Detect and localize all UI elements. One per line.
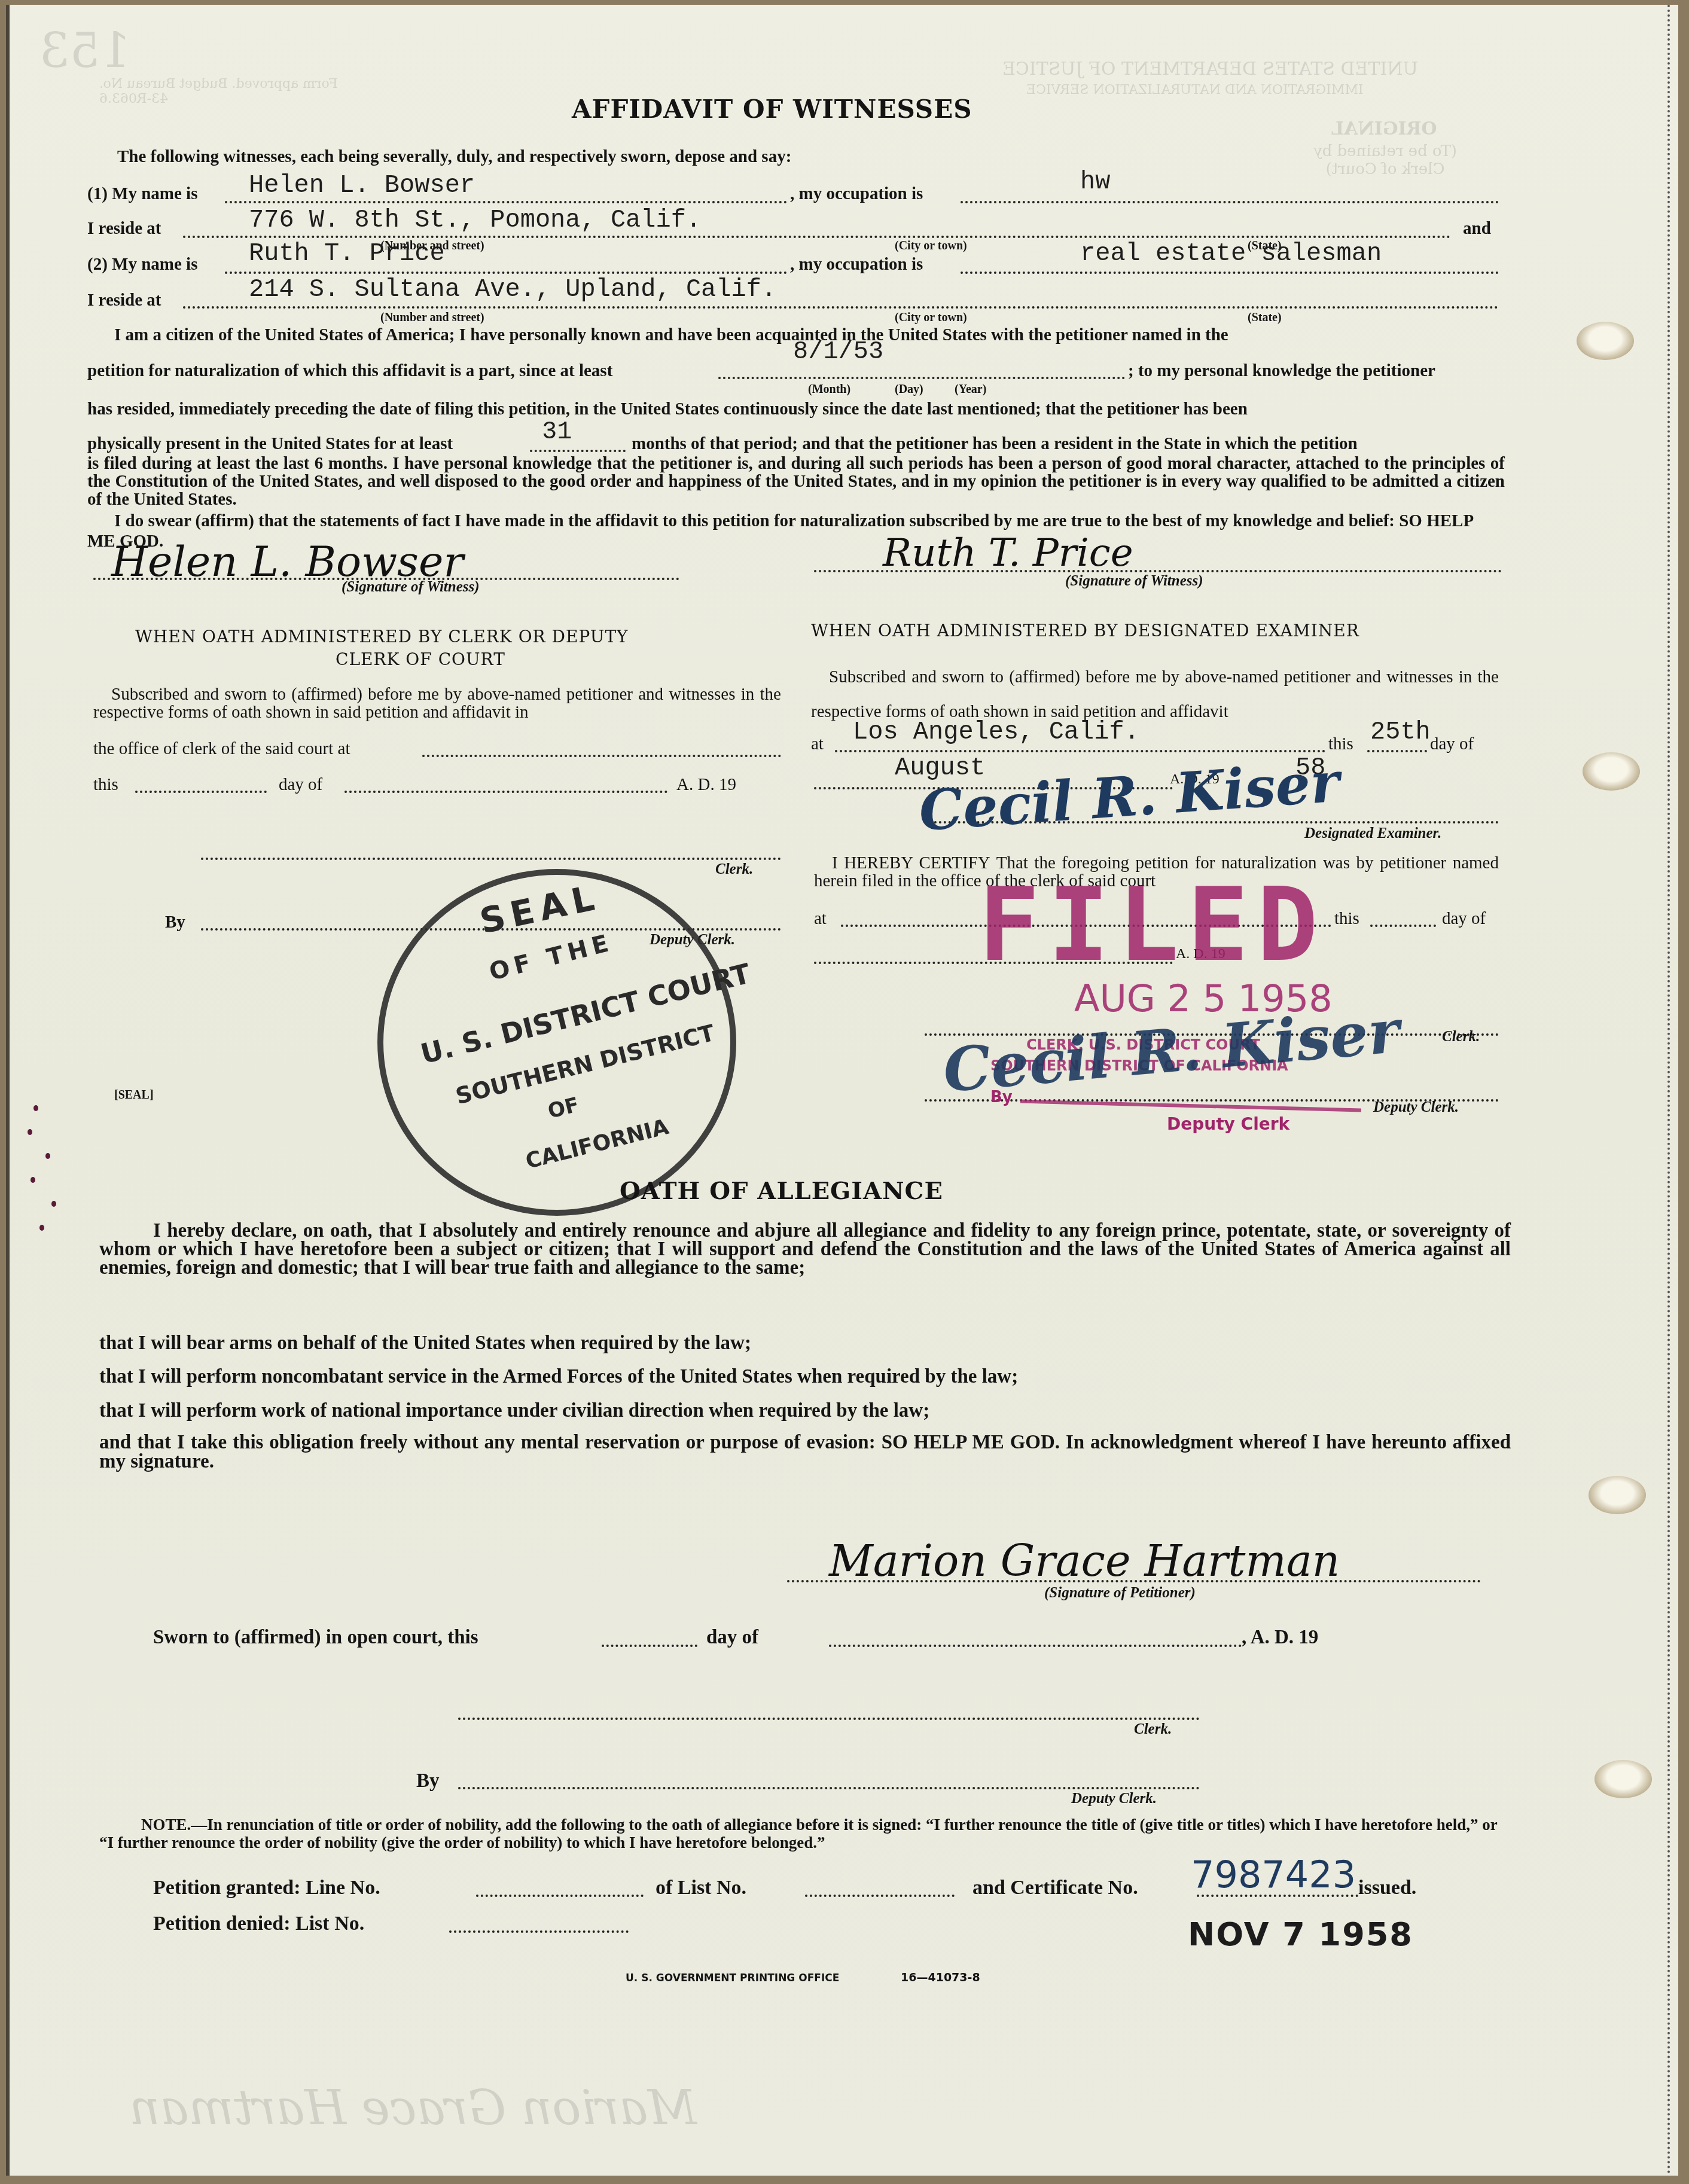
examiner-day-line [1367, 750, 1427, 752]
affidavit-intro: The following witnesses, each being seve… [117, 147, 791, 167]
witness1-address-value[interactable]: 776 W. 8th St., Pomona, Calif. [249, 206, 701, 234]
clerk-heading-2: CLERK OF COURT [336, 649, 505, 669]
signature-caption: (Signature of Witness) [342, 579, 480, 596]
months-value[interactable]: 31 [542, 417, 572, 446]
clerk-month-line[interactable] [344, 791, 667, 793]
witness2-occupation-line [961, 272, 1499, 274]
oath-deputy-line[interactable] [458, 1787, 1200, 1789]
granted-date-stamp: NOV 7 1958 [1188, 1915, 1413, 1953]
clerk-signature-line[interactable] [201, 858, 781, 860]
ink-speck [33, 1105, 38, 1111]
number-street-caption: (Number and street) [380, 311, 484, 325]
oath-line3: that I will perform noncombatant service… [99, 1366, 1018, 1388]
granted-label: Petition granted: Line No. [153, 1877, 380, 1899]
affidavit-title: AFFIDAVIT OF WITNESSES [572, 94, 972, 124]
certificate-label: and Certificate No. [972, 1877, 1138, 1899]
show-through-original: ORIGINAL [1331, 118, 1437, 139]
affidavit-para5: is filed during at least the last 6 mont… [87, 455, 1505, 508]
occupation-label: , my occupation is [790, 184, 923, 204]
and-label: and [1463, 219, 1491, 239]
clerk-day-of-label: day of [279, 775, 322, 795]
ink-speck [45, 1153, 50, 1159]
show-through-service: IMMIGRATION AND NATURALIZATION SERVICE [1026, 83, 1364, 97]
since-date-value[interactable]: 8/1/53 [793, 337, 883, 366]
city-caption: (City or town) [895, 311, 967, 325]
reside-label: I reside at [87, 219, 161, 239]
binder-hole [1589, 1476, 1646, 1514]
affidavit-para3: has resided, immediately preceding the d… [87, 399, 1505, 419]
filed-stamp: FILED [978, 866, 1327, 984]
witness2-signature: Ruth T. Price [883, 531, 1133, 575]
ink-speck [31, 1177, 35, 1183]
witness2-address-value[interactable]: 214 S. Sultana Ave., Upland, Calif. [249, 275, 776, 304]
witness1-name-label: (1) My name is [87, 184, 197, 204]
clerk-office-label: the office of clerk of the said court at [93, 739, 350, 759]
clerk-caption: Clerk. [715, 861, 753, 878]
perforation-edge [1667, 5, 1670, 2176]
examiner-place-line [835, 750, 1325, 752]
examiner-caption: Designated Examiner. [1304, 825, 1441, 842]
ink-speck [39, 1225, 44, 1231]
affidavit-para4a: physically present in the United States … [87, 434, 453, 454]
witness1-name-value[interactable]: Helen L. Bowser [249, 171, 475, 200]
state-caption: (State) [1248, 311, 1282, 325]
nobility-note: NOTE.—In renunciation of title or order … [99, 1816, 1511, 1851]
oath-line5: and that I take this obligation freely w… [99, 1433, 1511, 1471]
petitioner-signature: Marion Grace Hartman [829, 1536, 1340, 1586]
document-page: 153 Form approved. Budget Bureau No. 43-… [6, 5, 1678, 2176]
witness1-occupation-line [961, 201, 1499, 203]
certify-day-line[interactable] [1370, 925, 1436, 927]
year-caption: (Year) [955, 383, 986, 396]
show-through-signature: Marion Grace Hartman [129, 2080, 697, 2136]
certify-deputy-caption: Deputy Clerk. [1373, 1099, 1459, 1116]
witness1-name-line [225, 201, 787, 203]
oath-by-label: By [416, 1770, 440, 1792]
signature-caption: (Signature of Witness) [1065, 573, 1203, 590]
printer-imprint: U. S. GOVERNMENT PRINTING OFFICE [626, 1972, 839, 1984]
months-line [530, 450, 626, 452]
affidavit-para4b: months of that period; and that the peti… [632, 434, 1358, 454]
examiner-day-of-label: day of [1430, 734, 1474, 754]
sworn-label: Sworn to (affirmed) in open court, this [153, 1627, 478, 1649]
stamp-deputy: Deputy Clerk [1167, 1114, 1289, 1134]
oath-line4: that I will perform work of national imp… [99, 1400, 929, 1422]
oath-clerk-caption: Clerk. [1134, 1721, 1172, 1738]
ink-speck [51, 1201, 56, 1207]
clerk-by-label: By [165, 913, 185, 932]
city-caption: (City or town) [895, 239, 967, 253]
oath-para1: I hereby declare, on oath, that I absolu… [99, 1222, 1511, 1277]
examiner-at-label: at [811, 734, 824, 754]
denied-list-no[interactable] [449, 1930, 629, 1933]
denied-label: Petition denied: List No. [153, 1912, 364, 1935]
month-caption: (Month) [808, 383, 850, 396]
witness2-name-label: (2) My name is [87, 255, 197, 274]
witness2-name-value[interactable]: Ruth T. Price [249, 239, 445, 268]
issued-label: issued. [1358, 1877, 1416, 1899]
certificate-number[interactable]: 7987423 [1191, 1853, 1356, 1896]
examiner-day-value[interactable]: 25th [1370, 718, 1431, 746]
day-caption: (Day) [895, 383, 923, 396]
certify-at-label: at [814, 909, 827, 929]
granted-line-no[interactable] [476, 1895, 644, 1897]
page-number-mark: 153 [39, 23, 131, 78]
clerk-office-line[interactable] [422, 755, 781, 757]
sworn-month-line[interactable] [829, 1645, 1242, 1647]
form-code: 16—41073-8 [901, 1971, 980, 1984]
affidavit-para2a: petition for naturalization of which thi… [87, 361, 612, 381]
witness2-address-line [183, 306, 1499, 309]
binder-hole [1595, 1760, 1652, 1798]
oath-deputy-caption: Deputy Clerk. [1071, 1790, 1157, 1807]
affidavit-para2b: ; to my personal knowledge the petitione… [1128, 361, 1435, 381]
ink-speck [28, 1129, 32, 1135]
granted-list-no[interactable] [805, 1895, 955, 1897]
binder-hole [1577, 322, 1634, 360]
sworn-ad-label: , A. D. 19 [1242, 1627, 1318, 1649]
witness2-name-line [225, 272, 787, 274]
clerk-text: Subscribed and sworn to (affirmed) befor… [93, 685, 781, 721]
reside-label: I reside at [87, 291, 161, 310]
occupation-label: , my occupation is [790, 255, 923, 274]
oath-line2: that I will bear arms on behalf of the U… [99, 1332, 751, 1355]
certify-this-label: this [1334, 909, 1359, 929]
sworn-day-of-label: day of [706, 1627, 758, 1649]
certify-caps: I HEREBY CERTIFY [832, 853, 990, 873]
sworn-day-line[interactable] [602, 1645, 697, 1647]
certify-clerk-caption: Clerk. [1442, 1029, 1480, 1045]
binder-hole [1583, 752, 1640, 791]
clerk-day-line[interactable] [135, 791, 267, 793]
witness2-occupation-value[interactable]: real estate salesman [1080, 239, 1382, 268]
of-list-label: of List No. [656, 1877, 746, 1899]
certify-day-of-label: day of [1442, 909, 1486, 929]
oath-title: OATH OF ALLEGIANCE [620, 1177, 943, 1205]
show-through-department: UNITED STATES DEPARTMENT OF JUSTICE [1002, 59, 1418, 80]
since-date-line [718, 377, 1125, 379]
witness1-address-line [183, 236, 1451, 238]
clerk-heading: WHEN OATH ADMINISTERED BY CLERK OR DEPUT… [135, 627, 629, 646]
examiner-heading: WHEN OATH ADMINISTERED BY DESIGNATED EXA… [811, 621, 1359, 640]
examiner-place-value[interactable]: Los Angeles, Calif. [853, 718, 1139, 746]
clerk-this-label: this [93, 775, 118, 795]
show-through-retained: (To be retained by Clerk of Court) [1301, 142, 1469, 178]
oath-clerk-line[interactable] [458, 1718, 1200, 1720]
witness1-occupation-value[interactable]: hw [1080, 167, 1110, 196]
show-through-form-approved: Form approved. Budget Bureau No. 43-R063… [99, 77, 350, 106]
petitioner-caption: (Signature of Petitioner) [1044, 1585, 1196, 1602]
seal-placeholder: [SEAL] [114, 1088, 154, 1102]
clerk-ad-label: A. D. 19 [676, 775, 736, 795]
